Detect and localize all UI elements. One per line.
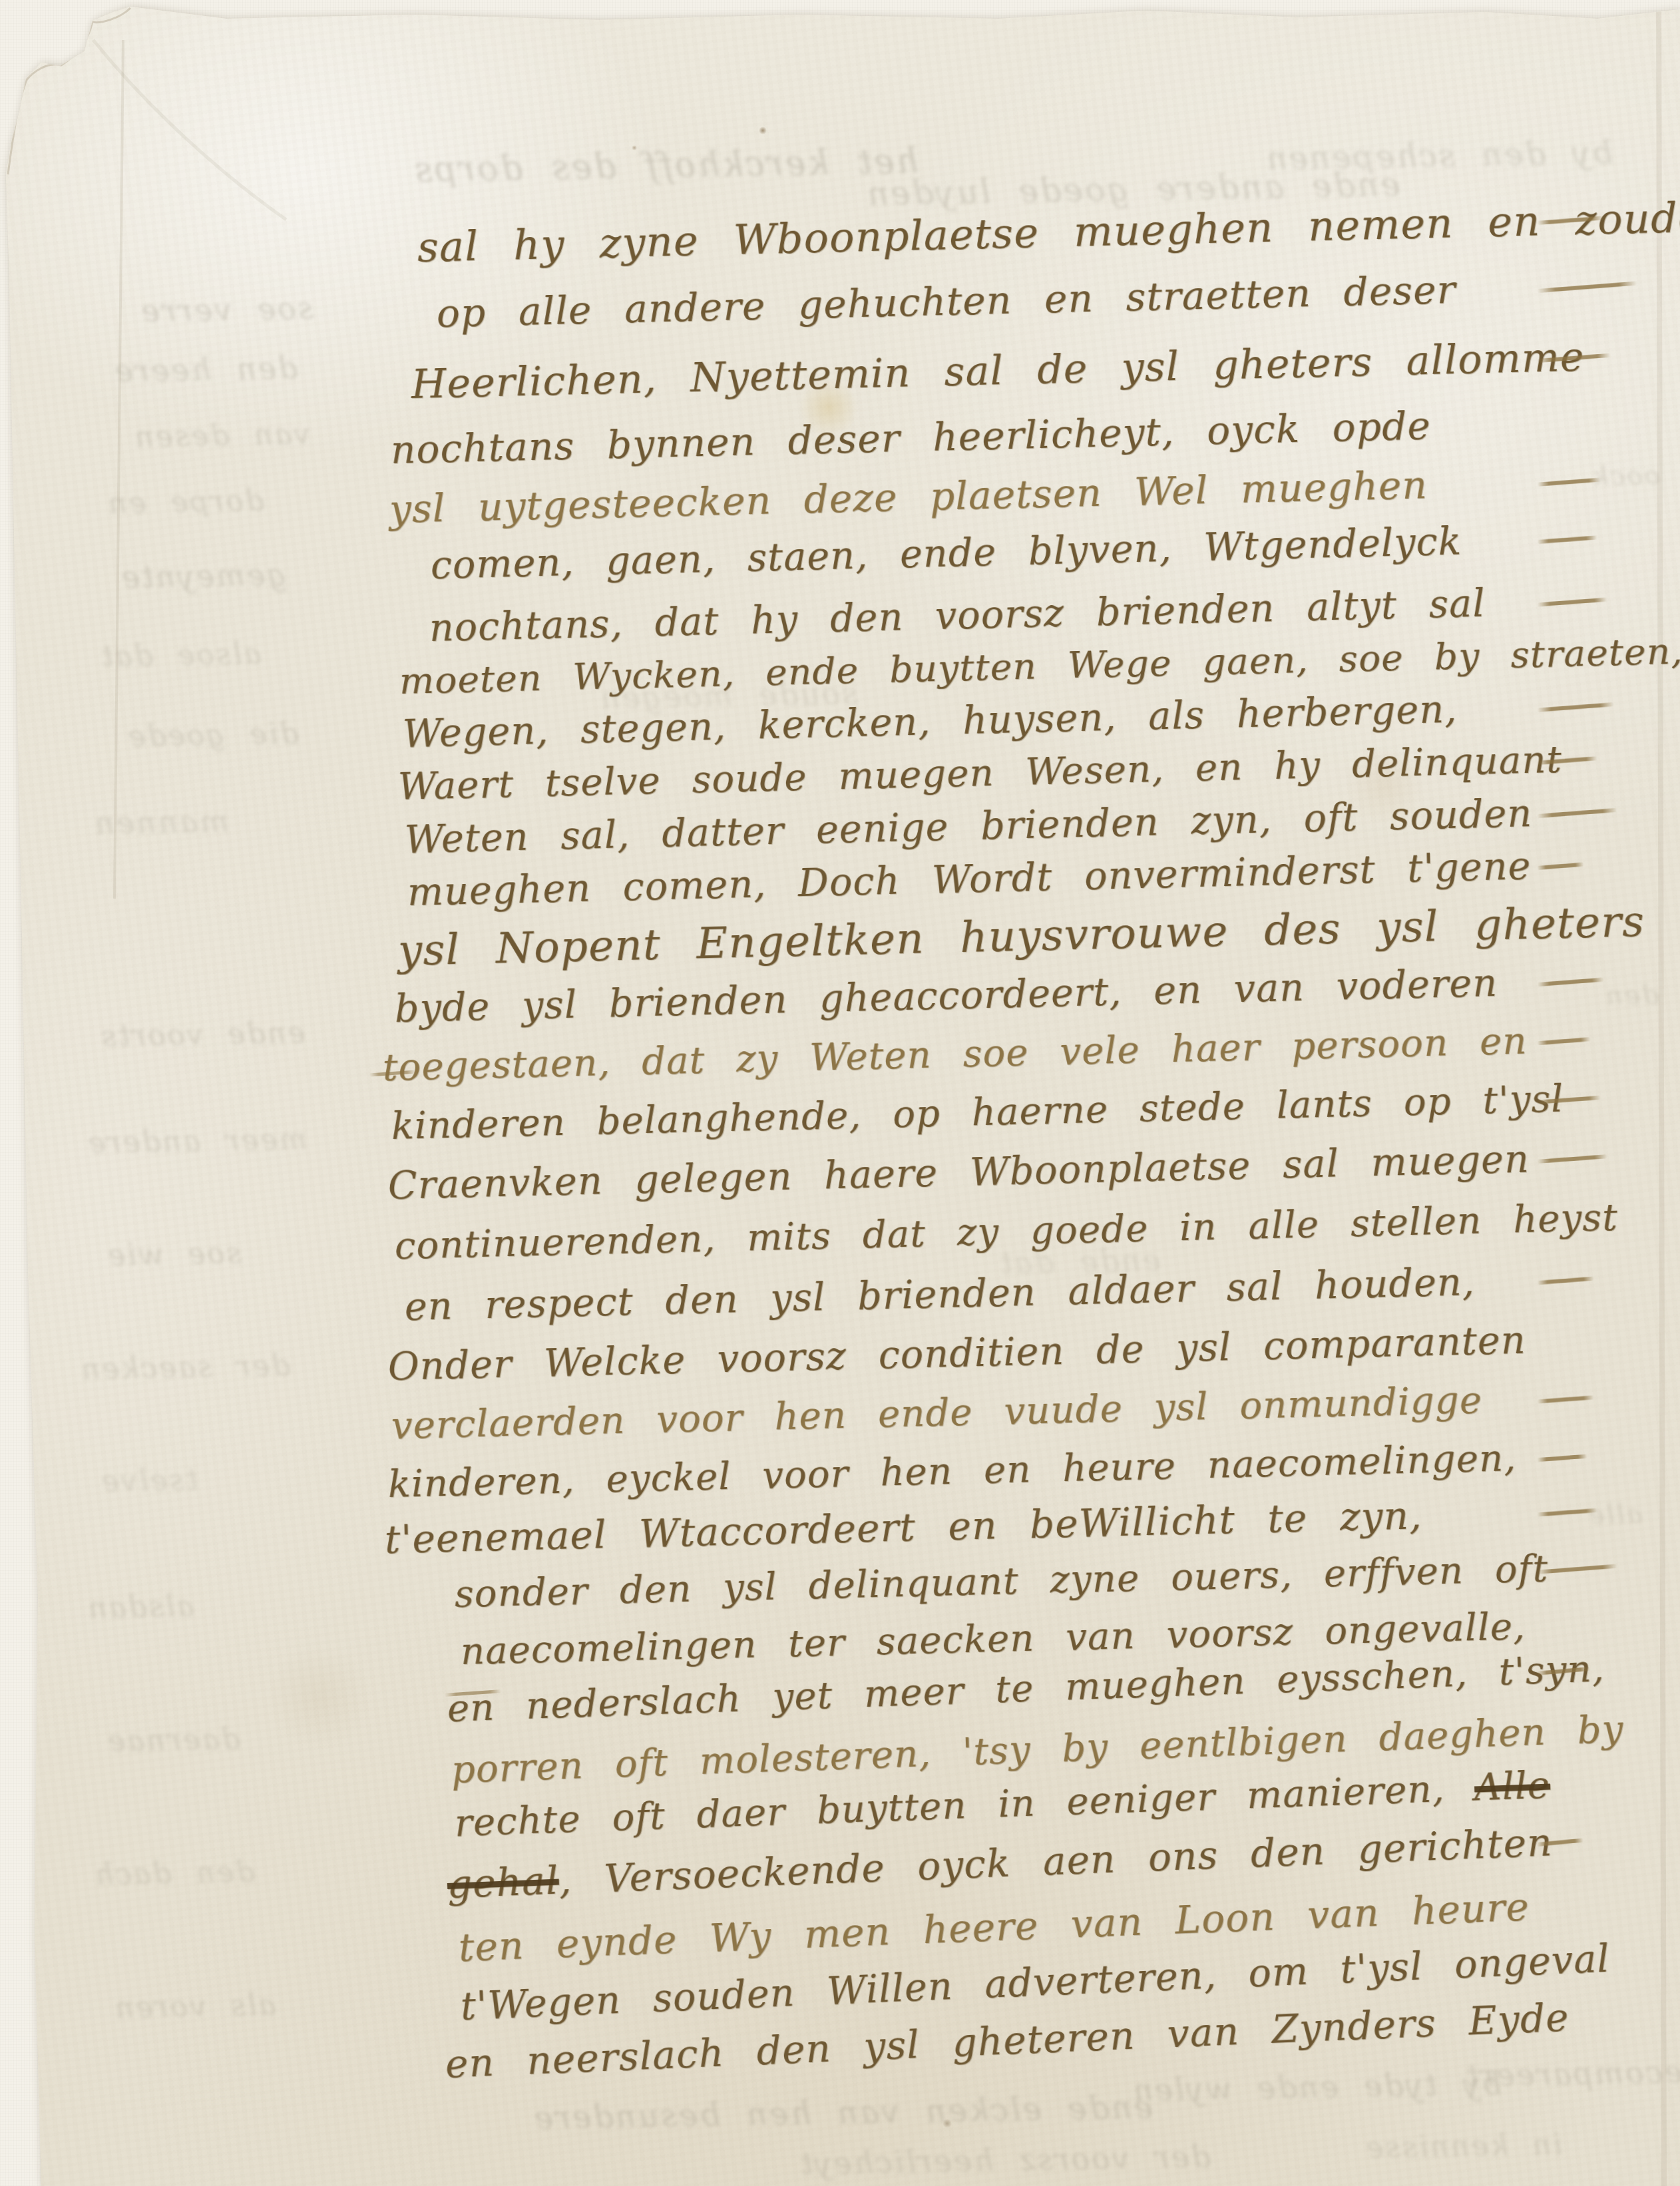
- ghost-writing: der voorsz heerlicheyt: [799, 2139, 1211, 2182]
- ghost-writing: gemeynte: [120, 556, 288, 595]
- ghost-writing: by tyde ende wylen: [1132, 2066, 1502, 2108]
- ghost-writing: als voren: [113, 1988, 277, 2025]
- ghost-writing: alsdan: [87, 1590, 194, 1626]
- ghost-writing: in kennisse: [1365, 2127, 1564, 2165]
- ghost-writing: alle: [1587, 1498, 1643, 1530]
- ghost-writing: by den schepenen: [1265, 134, 1613, 177]
- ghost-writing: der saecken: [80, 1349, 291, 1387]
- ghost-writing: van desen: [133, 417, 311, 455]
- ghost-writing: gecompareert: [1464, 2054, 1680, 2093]
- manuscript-scan: het kerckhoff des dorpsende andere goede…: [0, 0, 1680, 2186]
- ghost-writing: ende voorts: [100, 1016, 306, 1053]
- ghost-writing: den dach: [93, 1855, 255, 1892]
- ghost-writing: alsoe dat: [100, 637, 262, 674]
- ghost-writing: oock: [1591, 460, 1661, 492]
- ghost-writing: soe verre: [140, 290, 314, 329]
- ghost-writing: die goede: [126, 717, 299, 754]
- paper-stain: [266, 1644, 373, 1751]
- ghost-writing: tselve: [100, 1463, 198, 1499]
- ghost-writing: meer andere: [87, 1122, 308, 1160]
- paper-wrap: het kerckhoff des dorpsende andere goede…: [0, 0, 1680, 2186]
- paper-sheet: het kerckhoff des dorpsende andere goede…: [0, 0, 1680, 2186]
- ghost-writing: daernae: [106, 1722, 240, 1758]
- ghost-writing: mannen: [93, 803, 230, 841]
- ghost-writing: dorpe en: [106, 484, 265, 521]
- ghost-writing: den: [1604, 979, 1659, 1010]
- ghost-writing: den heere: [113, 350, 298, 389]
- struck-word: gehal: [447, 1858, 560, 1907]
- struck-word: Alle: [1474, 1764, 1551, 1810]
- ghost-writing: soe wie: [106, 1236, 242, 1273]
- paper-stain: [759, 126, 767, 134]
